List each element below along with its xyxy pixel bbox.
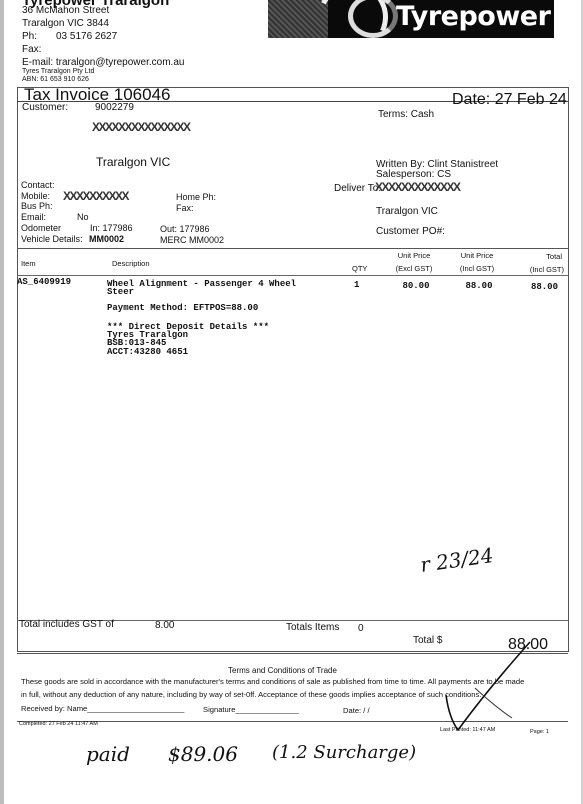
deposit-account: ACCT:43280 4651 [107,347,188,357]
col-header-description: Description [112,259,150,268]
mobile-redacted: XXXXXXXXXX [63,189,128,203]
row-unit-incl: 88.00 [449,281,509,291]
salesperson: Salesperson: CS [376,169,451,180]
logo-tyre-icon [348,0,398,38]
gst-label: Total includes GST of [19,619,114,630]
payment-method-note: Payment Method: EFTPOS=88.00 [107,303,258,313]
deliver-to-redacted: XXXXXXXXXXXXX [375,180,460,194]
deliver-city: Traralgon VIC [376,206,438,217]
gst-value: 8.00 [155,620,174,631]
col-header-unit-incl: Unit Price [449,251,505,260]
handwritten-paid-amount: $89.06 [168,742,238,766]
received-date: Date: / / [343,706,370,715]
received-signature: Signature_______________ [203,705,299,714]
tyrepower-logo: Tyrepower [268,0,554,38]
col-header-unit-incl-sub: (Incl GST) [449,264,505,273]
terms-title: Terms and Conditions of Trade [228,666,337,675]
mobile-label: Mobile: [21,191,50,201]
handwritten-checkmark-icon [430,640,540,735]
customer-po-label: Customer PO#: [376,226,445,237]
received-by-name: Received by: Name_______________________ [21,704,184,713]
deliver-to-label: Deliver To: [334,183,381,194]
logo-text: Tyrepower [396,1,550,32]
col-header-total: Total [510,252,562,261]
row-qty: 1 [354,280,359,290]
customer-label: Customer: [22,102,68,113]
odometer-label: Odometer [21,223,61,233]
vehicle-description: MERC MM0002 [160,235,224,245]
company-fax-label: Fax: [22,44,41,55]
scan-edge-left [0,0,4,804]
company-email: E-mail: traralgon@tyrepower.com.au [22,57,184,68]
total-items-label: Totals Items [286,622,339,633]
row-unit-excl: 80.00 [386,281,446,291]
bus-phone-label: Bus Ph: [21,201,53,211]
vehicle-rego: MM0002 [89,234,124,244]
col-header-unit-excl-sub: (Excl GST) [386,264,442,273]
customer-city: Traralgon VIC [96,155,170,169]
email-label: Email: [21,212,46,222]
terms-line2: in full, without any deduction of any na… [21,690,481,699]
invoice-date: Date: 27 Feb 24 [452,91,567,109]
home-phone-label: Home Ph: [176,192,216,202]
completed-timestamp: Completed: 27 Feb 24 11:47 AM [19,721,98,727]
total-items-value: 0 [358,623,364,634]
company-address-line2: Traralgon VIC 3844 [22,18,109,29]
odometer-out: Out: 177986 [160,224,210,234]
customer-name-redacted: XXXXXXXXXXXXXXX [92,120,190,134]
row-description-line2: Steer [107,287,134,297]
details-divider [17,248,568,249]
row-total: 88.00 [510,282,558,292]
row-item-code: AS_6409919 [17,277,71,287]
fax-label: Fax: [176,203,194,213]
company-abn: ABN: 61 653 910 626 [22,76,89,83]
handwritten-paid-label: paid [86,742,130,766]
table-header-divider [17,275,568,276]
email-value: No [77,212,89,222]
company-phone: 03 5176 2627 [56,31,117,42]
vehicle-label: Vehicle Details: [21,234,83,244]
company-address-line1: 36 McMahon Street [22,5,109,16]
col-header-unit-excl: Unit Price [386,251,442,260]
customer-number: 9002279 [95,102,134,113]
col-header-item: Item [21,259,36,268]
row-description-line1: Wheel Alignment - Passenger 4 Wheel [107,279,296,289]
company-legal-name: Tyres Traralgon Pty Ltd [22,68,94,75]
company-phone-label: Ph: [22,31,37,42]
col-header-qty: QTY [352,264,367,273]
contact-label: Contact: [21,180,55,190]
odometer-in: In: 177986 [90,223,133,233]
col-header-total-sub: (Incl GST) [510,265,564,274]
terms: Terms: Cash [378,109,434,120]
handwritten-surcharge-note: (1.2 Surcharge) [272,742,416,763]
